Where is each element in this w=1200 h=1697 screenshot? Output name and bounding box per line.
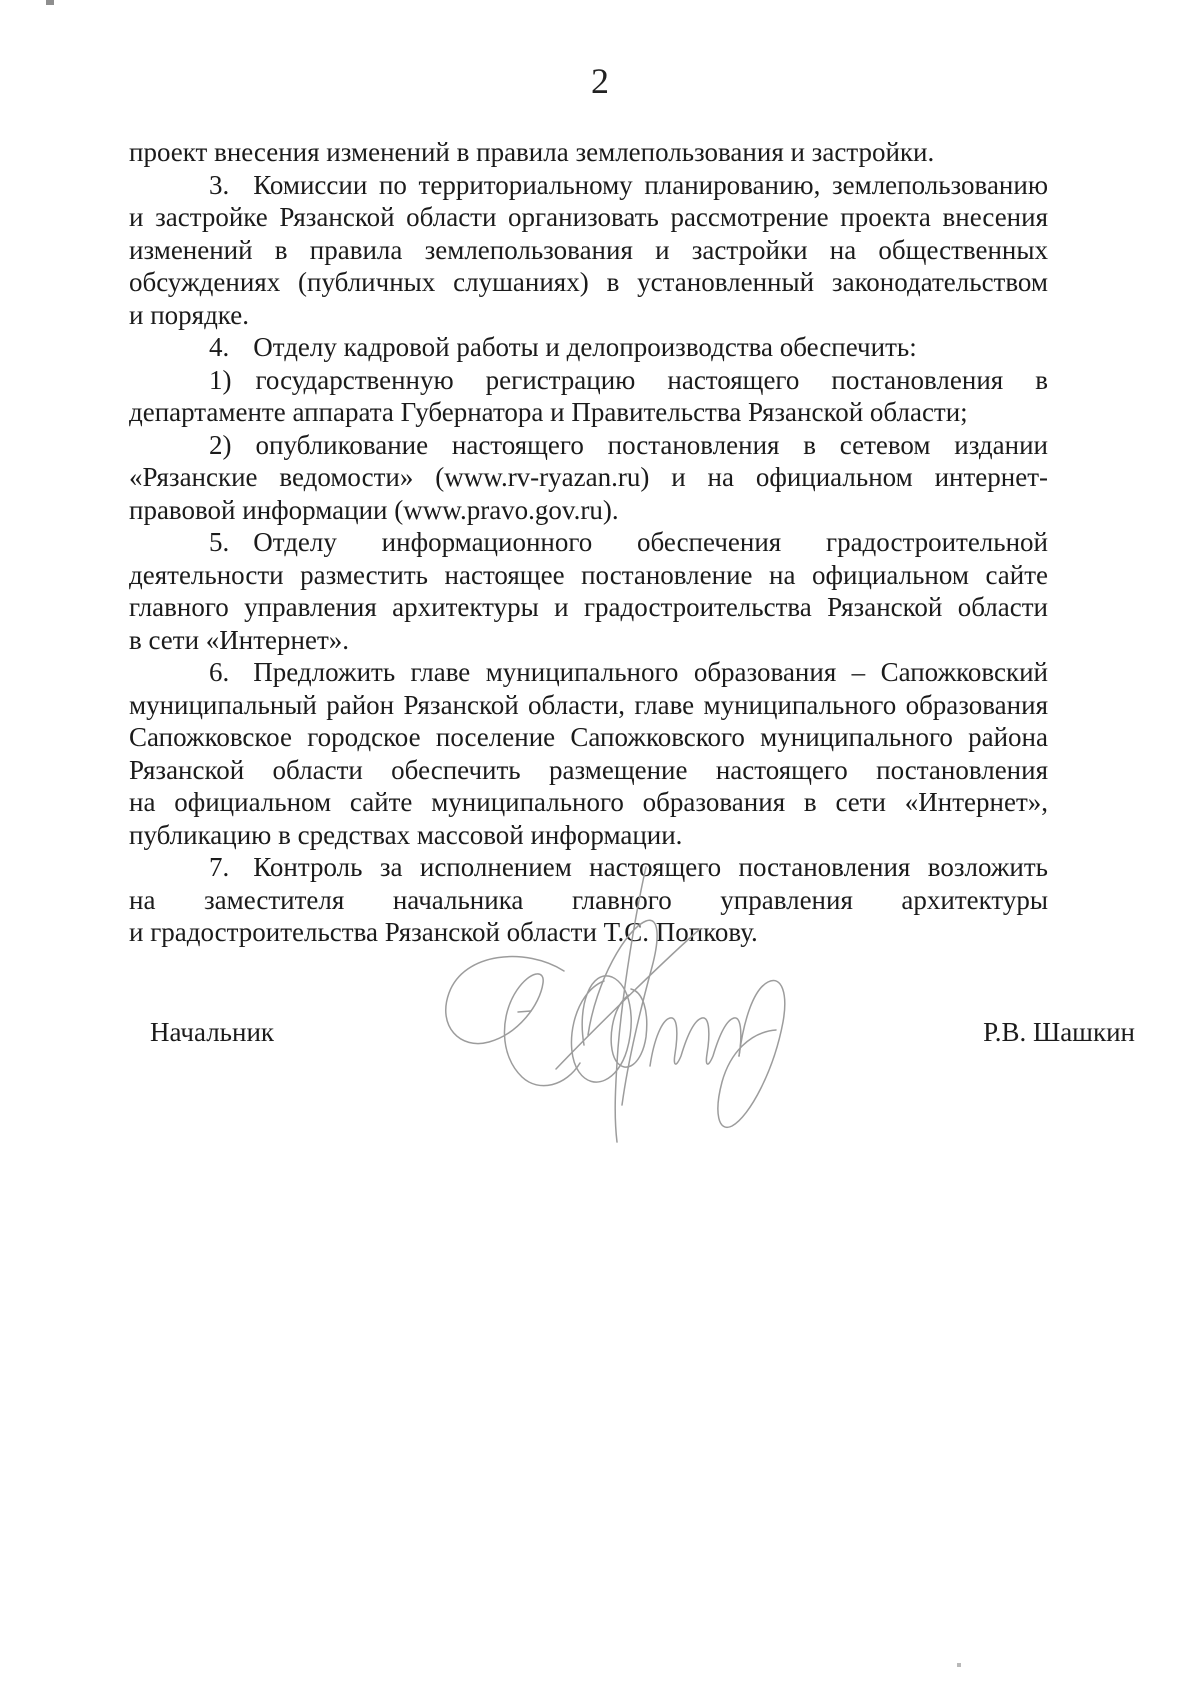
signer-position-title: Начальник (150, 1016, 274, 1048)
text-line: проект внесения изменений в правила земл… (129, 136, 1048, 169)
paragraph-number: 1) (209, 365, 232, 395)
text-line: 1)государственную регистрацию настоящего… (129, 364, 1048, 397)
text-line: и порядке. (129, 299, 1048, 332)
text-line: в сети «Интернет». (129, 624, 1048, 657)
text-line: на заместителя начальника главного управ… (129, 884, 1048, 917)
text-line: 5.Отделу информационного обеспечения гра… (129, 526, 1048, 559)
text-line: изменений в правила землепользования и з… (129, 234, 1048, 267)
text-line: и градостроительства Рязанской области Т… (129, 916, 1048, 949)
text-line: «Рязанские ведомости» (www.rv-ryazan.ru)… (129, 461, 1048, 494)
text-line: 4.Отделу кадровой работы и делопроизводс… (129, 331, 1048, 364)
scan-speck-bottom (957, 1663, 961, 1667)
text-line: муниципальный район Рязанской области, г… (129, 689, 1048, 722)
text-line: 2)опубликование настоящего постановления… (129, 429, 1048, 462)
paragraph-number: 4. (209, 332, 229, 362)
text-line: и застройке Рязанской области организова… (129, 201, 1048, 234)
text-line: 6.Предложить главе муниципального образо… (129, 656, 1048, 689)
document-page: 2 проект внесения изменений в правила зе… (0, 0, 1200, 1697)
paragraph-number: 7. (209, 852, 229, 882)
text-line: Рязанской области обеспечить размещение … (129, 754, 1048, 787)
text-line: обсуждениях (публичных слушаниях) в уста… (129, 266, 1048, 299)
text-line: на официальном сайте муниципального обра… (129, 786, 1048, 819)
document-body: проект внесения изменений в правила земл… (129, 136, 1048, 949)
paragraph-number: 3. (209, 170, 229, 200)
scan-speck-top (46, 0, 54, 5)
text-line: правовой информации (www.pravo.gov.ru). (129, 494, 1048, 527)
page-number: 2 (0, 60, 1200, 102)
signature-block: Начальник Р.В. Шашкин (150, 1016, 1135, 1048)
paragraph-number: 6. (209, 657, 229, 687)
text-line: 7.Контроль за исполнением настоящего пос… (129, 851, 1048, 884)
paragraph-number: 2) (209, 430, 232, 460)
text-line: департаменте аппарата Губернатора и Прав… (129, 396, 1048, 429)
text-line: главного управления архитектуры и градос… (129, 591, 1048, 624)
signer-name: Р.В. Шашкин (983, 1016, 1135, 1048)
text-line: 3.Комиссии по территориальному планирова… (129, 169, 1048, 202)
text-line: публикацию в средствах массовой информац… (129, 819, 1048, 852)
paragraph-number: 5. (209, 527, 229, 557)
text-line: деятельности разместить настоящее постан… (129, 559, 1048, 592)
text-line: Сапожковское городское поселение Сапожко… (129, 721, 1048, 754)
